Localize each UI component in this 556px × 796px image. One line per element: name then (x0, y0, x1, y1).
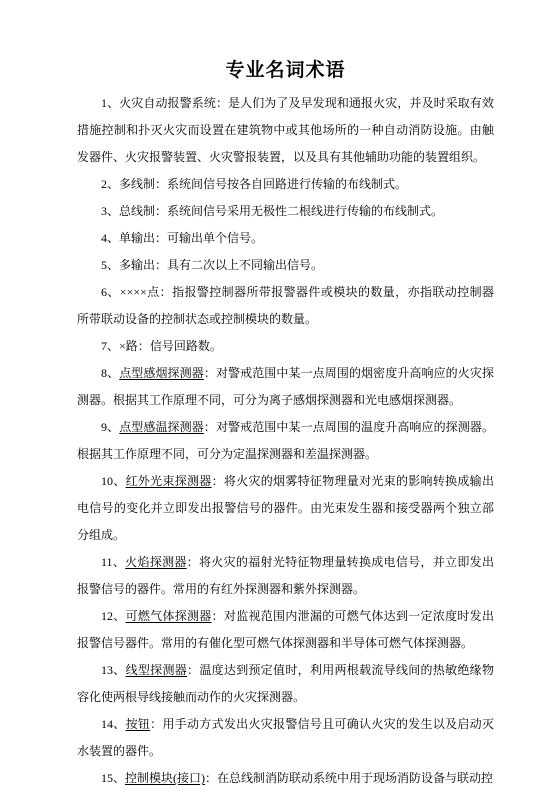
term-number: 2、 (101, 177, 119, 191)
term-number: 12、 (101, 609, 126, 623)
term-number: 14、 (101, 717, 126, 731)
term-name: ×路 (119, 339, 138, 353)
term-colon: ： (155, 231, 167, 245)
term-item-15: 15、控制模块(接口)：在总线制消防联动系统中用于现场消防设备与联动控 (77, 765, 494, 792)
term-name: 按钮 (126, 717, 151, 731)
term-number: 3、 (101, 204, 119, 218)
term-number: 6、 (101, 285, 120, 299)
term-colon: ： (155, 204, 167, 218)
term-name: 点型感烟探测器 (119, 366, 204, 380)
term-number: 13、 (101, 663, 126, 677)
page-content: 专业名词术语 1、火灾自动报警系统：是人们为了及早发现和通报火灾，并及时采取有效… (0, 0, 556, 792)
term-colon: ： (150, 717, 162, 731)
term-number: 10、 (101, 474, 126, 488)
term-colon: ： (204, 366, 216, 380)
term-number: 4、 (101, 231, 119, 245)
term-number: 15、 (101, 771, 125, 785)
term-number: 5、 (101, 258, 119, 272)
term-item-7: 7、×路：信号回路数。 (77, 333, 494, 360)
term-colon: ： (187, 555, 199, 569)
term-colon: ： (205, 771, 217, 785)
term-colon: ： (138, 339, 150, 353)
term-name: 火灾自动报警系统 (119, 96, 216, 110)
term-number: 7、 (101, 339, 119, 353)
term-item-6: 6、××××点：指报警控制器所带报警器件或模块的数量，亦指联动控制器所带联动设备… (77, 279, 494, 333)
term-name: 可燃气体探测器 (126, 609, 212, 623)
term-colon: ： (160, 285, 172, 299)
term-item-13: 13、线型探测器：温度达到预定值时，利用两根载流导线间的热敏绝缘物容化使两根导线… (77, 657, 494, 711)
term-item-3: 3、总线制：系统间信号采用无极性二根线进行传输的布线制式。 (77, 198, 494, 225)
term-definition: 可输出单个信号。 (167, 231, 263, 245)
term-definition: 系统间信号按各自回路进行传输的布线制式。 (167, 177, 407, 191)
term-colon: ： (216, 96, 228, 110)
term-name: 点型感温探测器 (119, 420, 204, 434)
term-colon: ： (212, 609, 224, 623)
term-name: 多线制 (119, 177, 155, 191)
term-name: 多输出 (119, 258, 155, 272)
term-item-5: 5、多输出：具有二次以上不同输出信号。 (77, 252, 494, 279)
term-name: 控制模块(接口) (125, 771, 205, 785)
terms-list: 1、火灾自动报警系统：是人们为了及早发现和通报火灾，并及时采取有效措施控制和扑灭… (77, 90, 494, 792)
term-item-8: 8、点型感烟探测器：对警戒范围中某一点周围的烟密度升高响应的火灾探测器。根据其工… (77, 360, 494, 414)
term-colon: ： (212, 474, 224, 488)
term-definition: 具有二次以上不同输出信号。 (167, 258, 323, 272)
term-item-10: 10、红外光束探测器：将火灾的烟雾特征物理量对光束的影响转换成输出电信号的变化并… (77, 468, 494, 549)
term-item-4: 4、单输出：可输出单个信号。 (77, 225, 494, 252)
term-name: 线型探测器 (126, 663, 187, 677)
term-item-11: 11、火焰探测器：将火灾的福射光特征物理量转换成电信号，并立即发出报警信号的器件… (77, 549, 494, 603)
term-colon: ： (187, 663, 199, 677)
term-name: ××××点 (120, 285, 160, 299)
term-item-12: 12、可燃气体探测器：对监视范围内泄漏的可燃气体达到一定浓度时发出报警信号器件。… (77, 603, 494, 657)
term-colon: ： (155, 177, 167, 191)
term-name: 单输出 (119, 231, 155, 245)
term-name: 总线制 (119, 204, 155, 218)
term-item-14: 14、按钮：用手动方式发出火灾报警信号且可确认火灾的发生以及启动灭水装置的器件。 (77, 711, 494, 765)
term-name: 红外光束探测器 (126, 474, 212, 488)
term-name: 火焰探测器 (125, 555, 187, 569)
term-colon: ： (155, 258, 167, 272)
term-colon: ： (204, 420, 216, 434)
document-page: 专业名词术语 1、火灾自动报警系统：是人们为了及早发现和通报火灾，并及时采取有效… (0, 0, 556, 796)
term-number: 9、 (101, 420, 119, 434)
term-number: 1、 (101, 96, 119, 110)
page-title: 专业名词术语 (77, 57, 494, 85)
term-item-1: 1、火灾自动报警系统：是人们为了及早发现和通报火灾，并及时采取有效措施控制和扑灭… (77, 90, 494, 171)
term-item-9: 9、点型感温探测器：对警戒范围中某一点周围的温度升高响应的探测器。根据其工作原理… (77, 414, 494, 468)
term-number: 8、 (101, 366, 119, 380)
term-item-2: 2、多线制：系统间信号按各自回路进行传输的布线制式。 (77, 171, 494, 198)
term-definition: 在总线制消防联动系统中用于现场消防设备与联动控 (217, 771, 493, 785)
term-number: 11、 (101, 555, 125, 569)
term-definition: 信号回路数。 (150, 339, 222, 353)
term-definition: 系统间信号采用无极性二根线进行传输的布线制式。 (167, 204, 443, 218)
